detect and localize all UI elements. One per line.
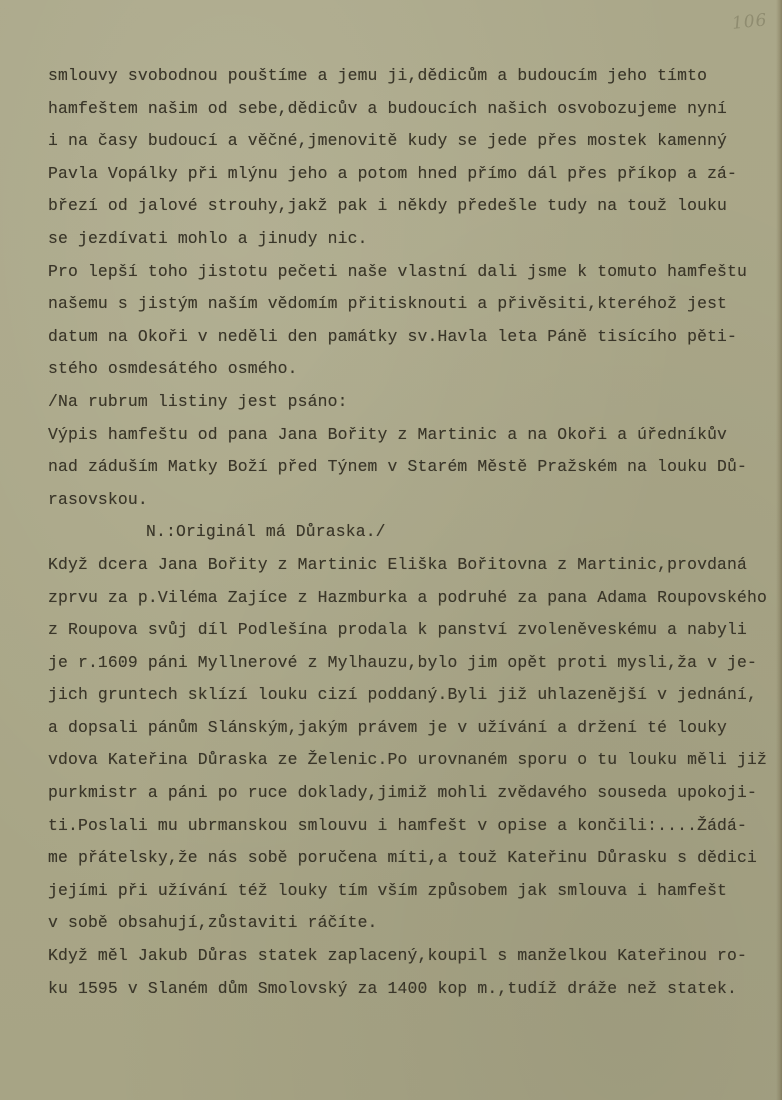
text-line: se jezdívati mohlo a jinudy nic.: [48, 223, 782, 256]
text-line: rasovskou.: [48, 484, 782, 517]
text-line: datum na Okoři v neděli den památky sv.H…: [48, 321, 782, 354]
text-line: stého osmdesátého osmého.: [48, 353, 782, 386]
text-line: březí od jalové strouhy,jakž pak i někdy…: [48, 190, 782, 223]
text-line: Pro lepší toho jistotu pečeti naše vlast…: [48, 256, 782, 289]
text-line: me přátelsky,že nás sobě poručena míti,a…: [48, 842, 782, 875]
text-line: z Roupova svůj díl Podlešína prodala k p…: [48, 614, 782, 647]
text-line: zprvu za p.Viléma Zajíce z Hazmburka a p…: [48, 582, 782, 615]
page-edge-shadow: [776, 0, 782, 1100]
text-line: našemu s jistým naším vědomím přitisknou…: [48, 288, 782, 321]
text-line: Pavla Vopálky při mlýnu jeho a potom hne…: [48, 158, 782, 191]
text-line: N.:Originál má Důraska./: [48, 516, 782, 549]
document-page: 106 smlouvy svobodnou pouštíme a jemu ji…: [0, 0, 782, 1100]
typewritten-text-block: smlouvy svobodnou pouštíme a jemu ji,děd…: [48, 60, 782, 1005]
text-line: i na časy budoucí a věčné,jmenovitě kudy…: [48, 125, 782, 158]
text-line: je r.1609 páni Myllnerové z Mylhauzu,byl…: [48, 647, 782, 680]
text-line: jich gruntech sklízí louku cizí poddaný.…: [48, 679, 782, 712]
text-line: Když měl Jakub Důras statek zaplacený,ko…: [48, 940, 782, 973]
handwritten-page-number: 106: [731, 10, 768, 34]
text-line: purkmistr a páni po ruce doklady,jimiž m…: [48, 777, 782, 810]
text-line: hamfeštem našim od sebe,dědicův a budouc…: [48, 93, 782, 126]
text-line: v sobě obsahují,zůstaviti ráčíte.: [48, 907, 782, 940]
text-line: nad záduším Matky Boží před Týnem v Star…: [48, 451, 782, 484]
text-line: /Na rubrum listiny jest psáno:: [48, 386, 782, 419]
text-line: ku 1595 v Slaném dům Smolovský za 1400 k…: [48, 973, 782, 1006]
text-line: jejími při užívání též louky tím vším zp…: [48, 875, 782, 908]
text-line: ti.Poslali mu ubrmanskou smlouvu i hamfe…: [48, 810, 782, 843]
text-line: Výpis hamfeštu od pana Jana Bořity z Mar…: [48, 419, 782, 452]
text-line: Když dcera Jana Bořity z Martinic Eliška…: [48, 549, 782, 582]
text-line: a dopsali pánům Slánským,jakým právem je…: [48, 712, 782, 745]
text-line: vdova Kateřina Důraska ze Želenic.Po uro…: [48, 744, 782, 777]
text-line: smlouvy svobodnou pouštíme a jemu ji,děd…: [48, 60, 782, 93]
